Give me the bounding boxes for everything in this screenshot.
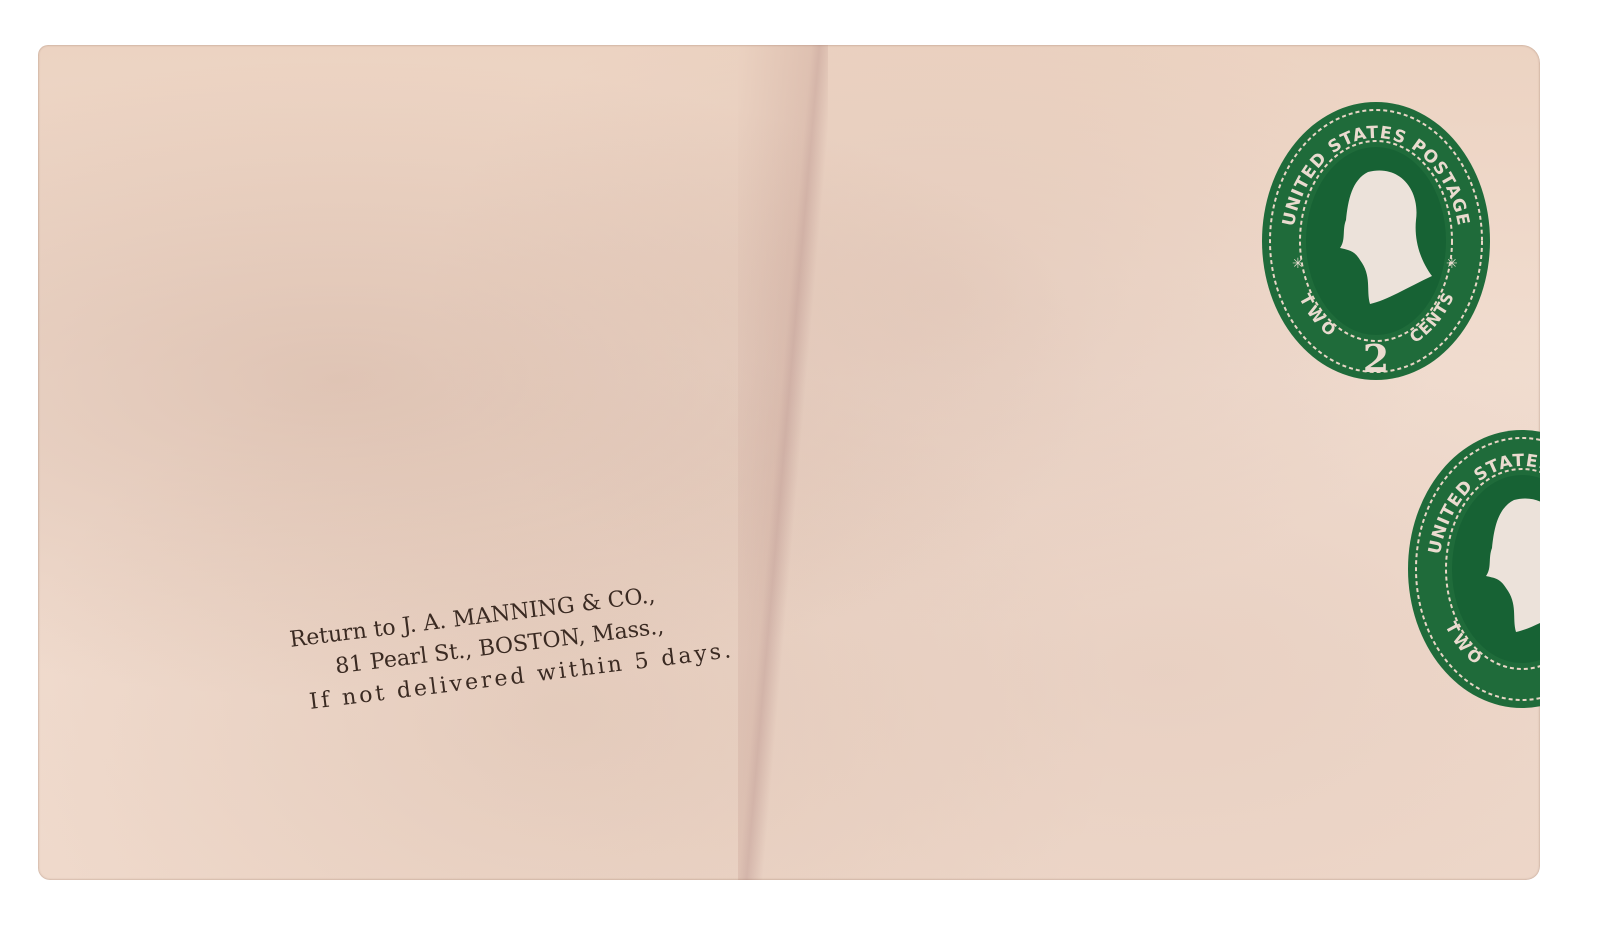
envelope: Return to J. A. MANNING & CO., 81 Pearl …: [38, 45, 1540, 880]
svg-text:✳: ✳: [1292, 256, 1304, 272]
envelope-fold-crease: [738, 45, 828, 880]
postage-stamp-washington-partial: UNITED STATES POSTAGE TWO: [1406, 428, 1540, 710]
return-address: Return to J. A. MANNING & CO., 81 Pearl …: [288, 571, 736, 720]
postage-stamp-washington: UNITED STATES POSTAGE TWO CENTS 2 ✳ ✳: [1260, 100, 1492, 382]
svg-text:2: 2: [1363, 336, 1389, 381]
svg-text:✳: ✳: [1446, 256, 1458, 272]
